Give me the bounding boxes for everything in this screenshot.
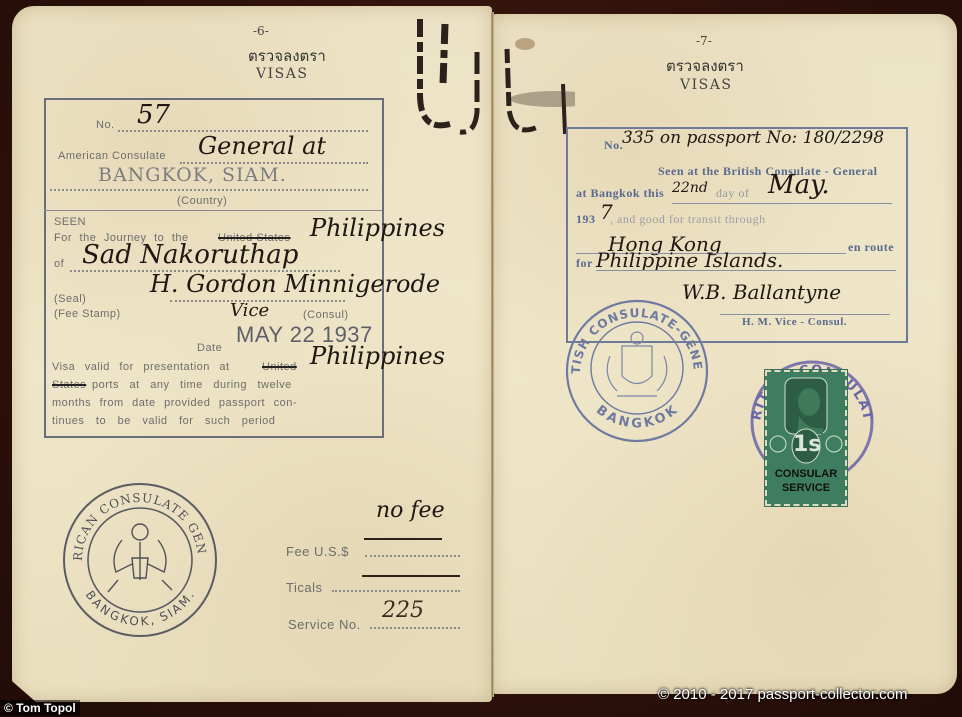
british-line2-prefix: at Bangkok this (576, 186, 664, 201)
fee-handwritten-note: no fee (376, 498, 445, 523)
page-number-6: -6- (253, 24, 269, 38)
stamp-denomination: 1s (793, 432, 821, 457)
validity-destination: Philippines (310, 342, 445, 370)
signature-underline (720, 314, 890, 315)
country-label: (Country) (177, 195, 227, 207)
british-for-label: for (576, 256, 593, 271)
seen-label: SEEN (54, 216, 86, 228)
visa-no-value: 57 (137, 100, 170, 130)
service-no-value: 225 (382, 598, 424, 623)
of-label: of (54, 258, 64, 270)
visas-heading-right: VISAS (680, 77, 732, 93)
british-no-label: No. (604, 138, 623, 153)
british-no-handwritten: 335 on passport No: 180/2298 (622, 128, 884, 148)
validity-text-1: Visa valid for presentation at (52, 361, 230, 373)
date-label: Date (197, 342, 222, 354)
american-consulate-seal: AMERICAN CONSULATE GENERAL BANGKOK, SIAM… (60, 480, 220, 640)
traveler-name: Sad Nakoruthap (82, 240, 298, 270)
british-day-of: day of (716, 186, 749, 201)
ticals-line (332, 590, 460, 592)
page-number-7: -7- (696, 34, 712, 48)
british-en-route: en route (848, 240, 894, 255)
visa-no-label: No. (96, 119, 115, 131)
validity-text-3: months from date provided passport con- (52, 397, 297, 409)
stamp-line-consular: CONSULAR (769, 468, 843, 480)
service-no-label: Service No. (288, 617, 361, 632)
consulate-label: American Consulate (58, 150, 166, 162)
validity-text-2: ports at any time during twelve (92, 379, 292, 391)
british-consulate-seal: BRITISH CONSULATE-GENERAL BANGKOK (562, 296, 712, 446)
british-line3: , and good for transit through (610, 212, 766, 227)
stamp-divider (44, 210, 382, 211)
eagle-icon (108, 524, 172, 592)
thai-visa-heading-left: ตรวจลงตรา (248, 44, 326, 68)
copyright-watermark: © 2010 - 2017 passport-collector.com (658, 686, 908, 703)
british-day: 22nd (672, 180, 708, 196)
british-destination: Philippine Islands. (596, 248, 783, 272)
staple-marks (405, 14, 575, 144)
seal-label: (Seal) (54, 293, 86, 305)
validity-text-4: tinues to be valid for such period (52, 415, 275, 427)
svg-text:BRITISH CONSULATE-GENERAL: BRITISH CONSULATE-GENERAL (562, 296, 705, 374)
consul-signature: H. Gordon Minnigerode (150, 270, 440, 298)
photographer-credit: © Tom Topol (0, 700, 80, 716)
svg-text:BANGKOK: BANGKOK (593, 403, 681, 432)
svg-text:AMERICAN CONSULATE GENERAL: AMERICAN CONSULATE GENERAL (60, 480, 209, 561)
fee-stamp-label: (Fee Stamp) (54, 308, 121, 320)
fee-usd-label: Fee U.S.$ (286, 544, 349, 559)
stamp-line-service: SERVICE (769, 482, 843, 494)
destination-line (596, 270, 896, 271)
british-year-prefix: 193 (576, 212, 596, 227)
validity-struck-1: United (262, 361, 297, 373)
consul-label: (Consul) (303, 309, 349, 321)
journey-destination: Philippines (310, 214, 445, 242)
royal-coat-of-arms-icon (607, 332, 667, 396)
consulate-handwritten: General at (198, 132, 326, 160)
service-no-line (370, 627, 460, 629)
ticals-underline (362, 575, 460, 577)
thai-visa-heading-right: ตรวจลงตรา (666, 54, 744, 78)
city-line (50, 189, 368, 191)
consulate-city: BANGKOK, SIAM. (98, 164, 287, 186)
consular-revenue-stamp: 1s CONSULAR SERVICE (765, 370, 847, 506)
british-consul-title: H. M. Vice - Consul. (742, 316, 847, 328)
fee-usd-line (365, 555, 460, 557)
british-date-line (672, 203, 892, 204)
fee-underline (364, 538, 442, 540)
british-month: May. (768, 170, 830, 200)
validity-struck-2: States (52, 379, 86, 391)
vice-handwritten: Vice (230, 300, 269, 321)
ticals-label: Ticals (286, 580, 322, 595)
visas-heading-left: VISAS (256, 66, 308, 82)
